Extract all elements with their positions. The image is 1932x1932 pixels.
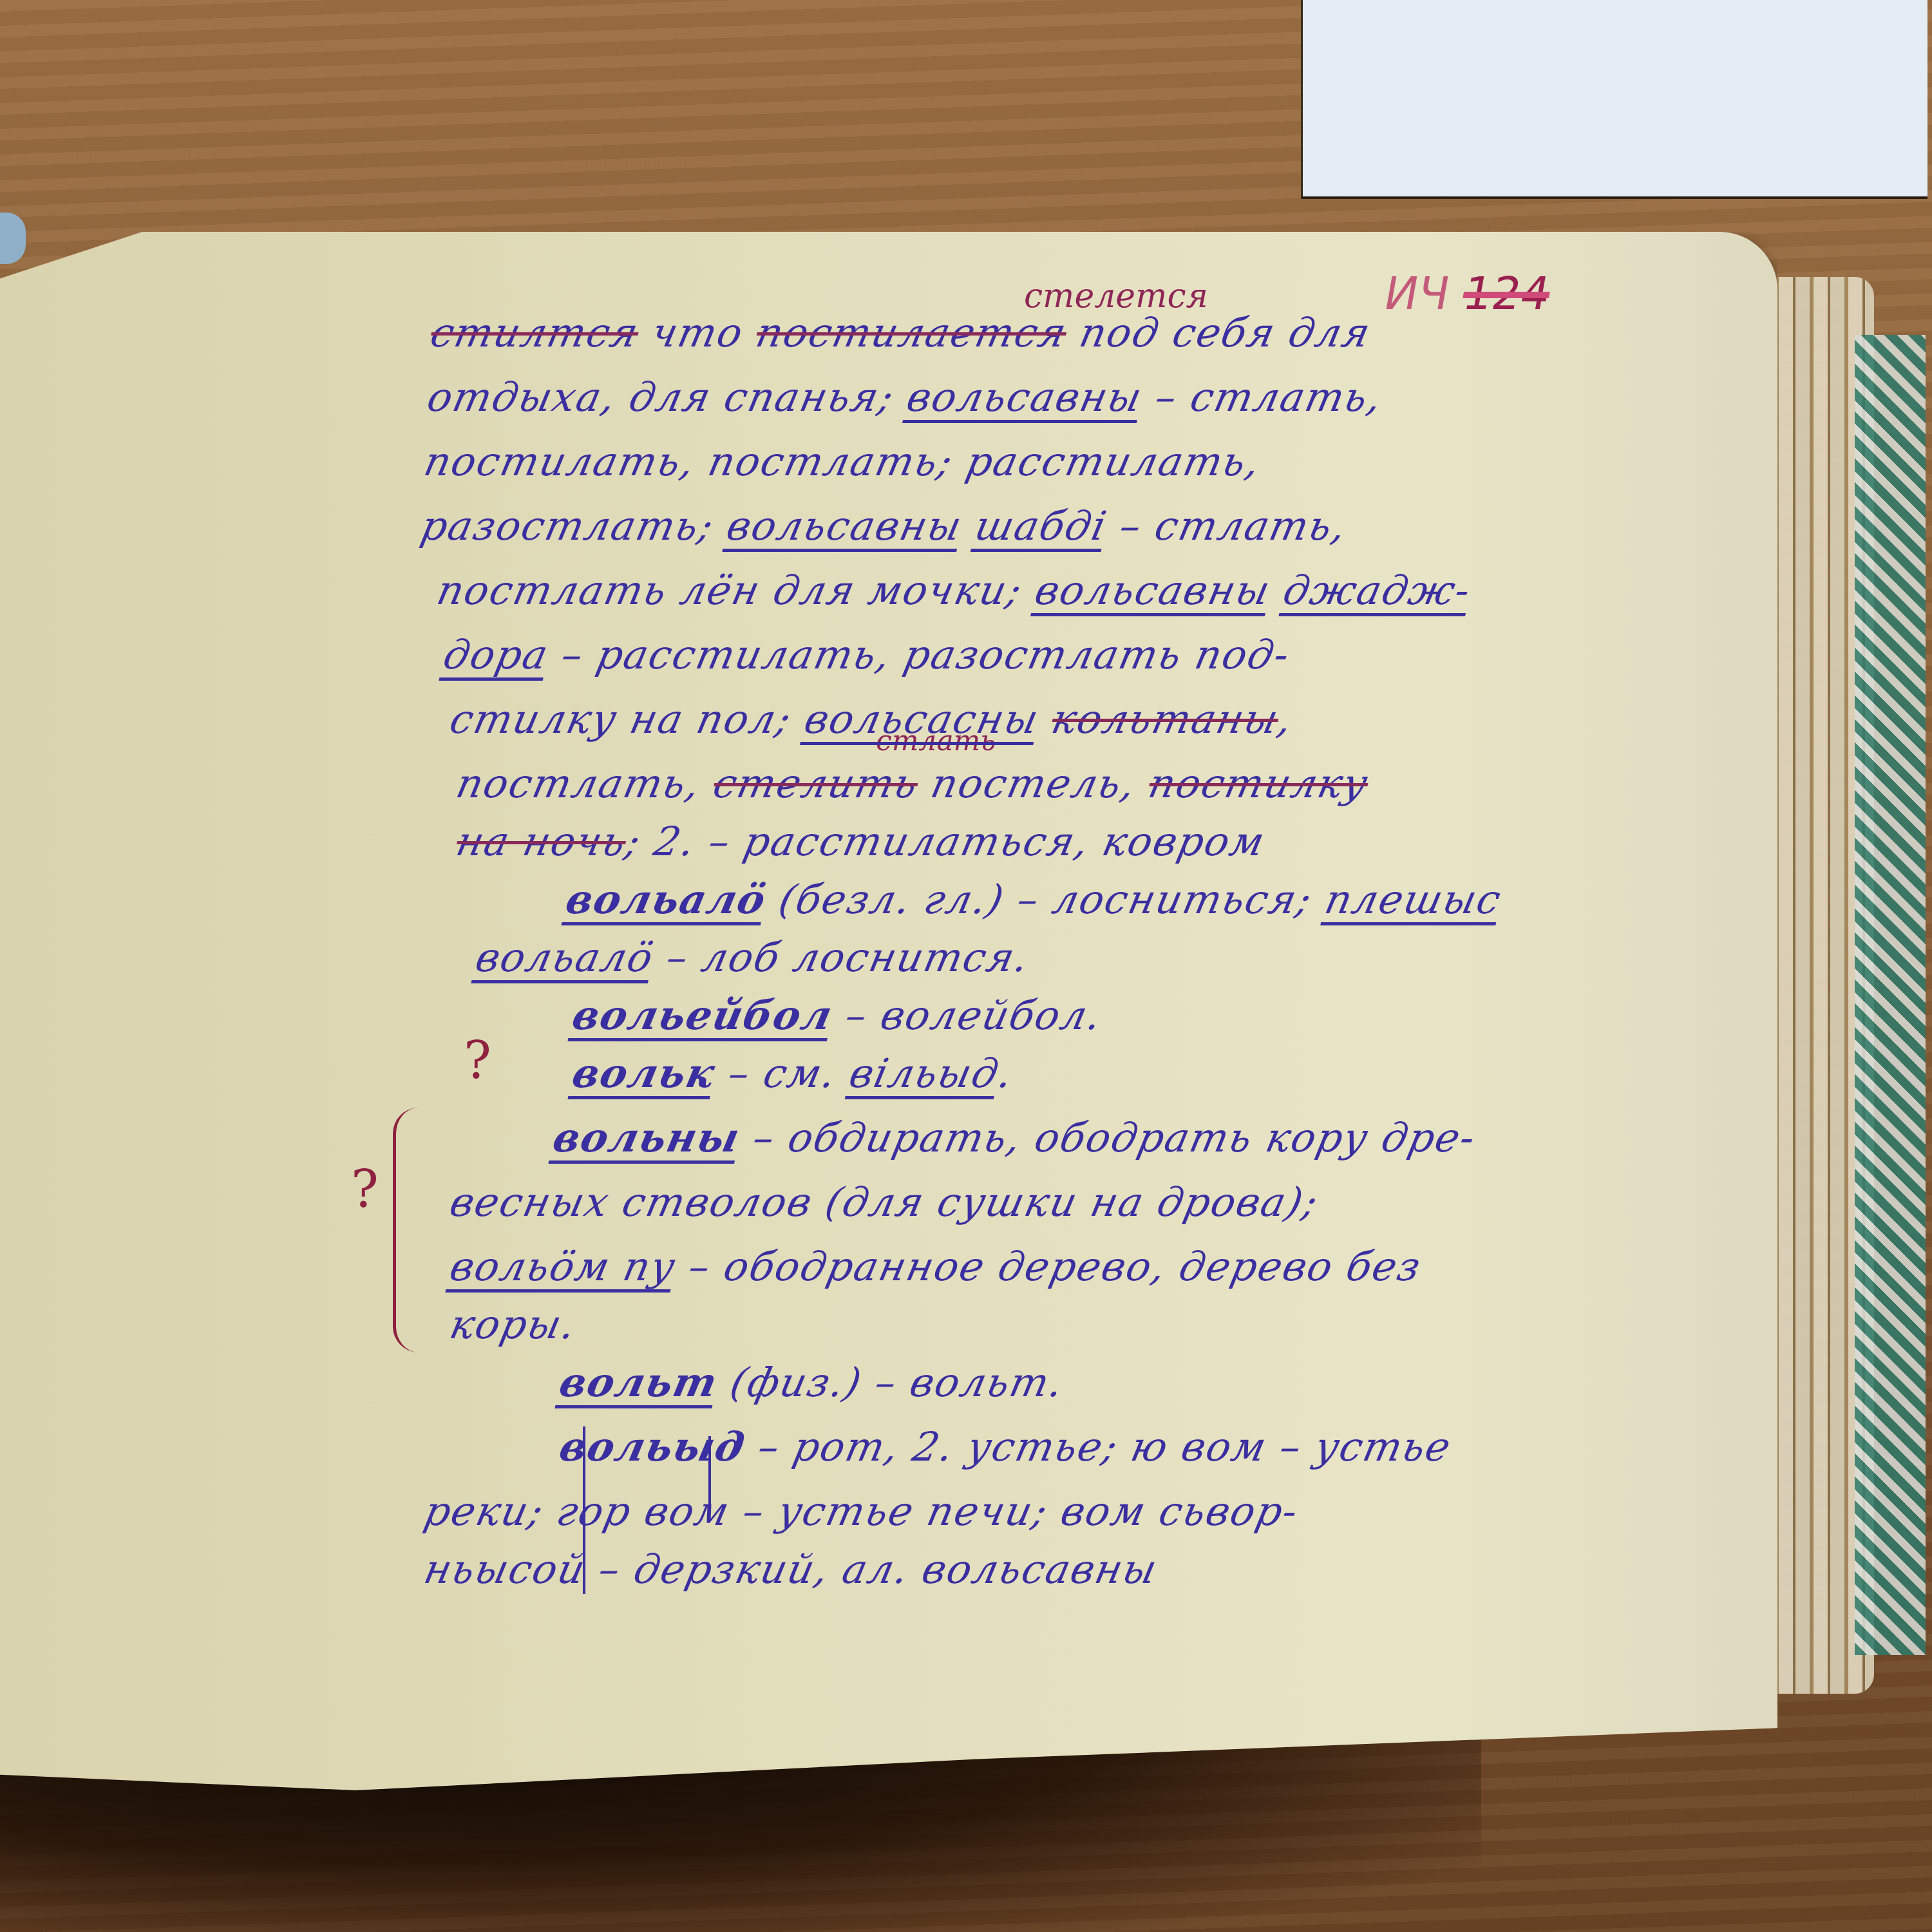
text-line-5: постлать лён для мочки; вольсавны джадж-	[433, 567, 1475, 614]
text-line-15: весных стволов (для сушки на дрова);	[446, 1179, 1323, 1226]
entry-volyd: вольыд – рот, 2. устье; ю вом – устье	[555, 1423, 1456, 1470]
text-line-6: дора – расстилать, разостлать под-	[439, 631, 1294, 678]
text-line-9: на ночь; 2. – расстилаться, ковром	[452, 818, 1270, 865]
page-marker-struck-number: 124	[1459, 267, 1554, 320]
text-line-1: стилтся что постилается под себя для	[426, 309, 1375, 356]
text-line-21: ньысой – дерзкий, ал. вольсавны	[420, 1546, 1162, 1593]
entry-volt: вольт (физ.) – вольт.	[555, 1359, 1068, 1406]
notebook-cover-pattern	[1855, 335, 1926, 1655]
margin-question-mark: ?	[464, 1030, 491, 1090]
text-line-4: разостлать; вольсавны шабді – стлать,	[417, 502, 1351, 549]
text-line-8: постлать, стелить постель, постилку	[452, 760, 1373, 807]
text-line-11: вольалö – лоб лоснится.	[471, 934, 1034, 981]
entry-volalo: вольалö (безл. гл.) – лосниться; плешыс	[562, 876, 1506, 923]
blue-object-edge	[0, 213, 26, 264]
text-line-17: коры.	[446, 1301, 581, 1348]
page-marker: ИЧ 124	[1380, 267, 1555, 320]
text-line-2: отдыха, для спанья; вольсавны – стлать,	[423, 374, 1387, 421]
text-line-7: стилку на пол; вольсасны кольтаны,	[446, 696, 1298, 743]
text-line-20: реки; гор вом – устье печи; вом сьвор-	[420, 1488, 1303, 1535]
page-marker-prefix: ИЧ	[1380, 267, 1454, 320]
text-line-3: постилать, постлать; расстилать,	[420, 438, 1265, 485]
entry-volk: вольк – см. вільыд.	[568, 1050, 1018, 1097]
text-line-16: вольöм пу – ободранное дерево, дерево бе…	[446, 1243, 1426, 1290]
margin-question-mark: ?	[351, 1159, 379, 1219]
white-paper-sheet	[1301, 0, 1927, 199]
entry-voleybol: вольейбол – волейбол.	[568, 992, 1106, 1039]
margin-brace	[393, 1108, 435, 1352]
entry-volny: вольны – обдирать, ободрать кору дре-	[549, 1114, 1481, 1161]
